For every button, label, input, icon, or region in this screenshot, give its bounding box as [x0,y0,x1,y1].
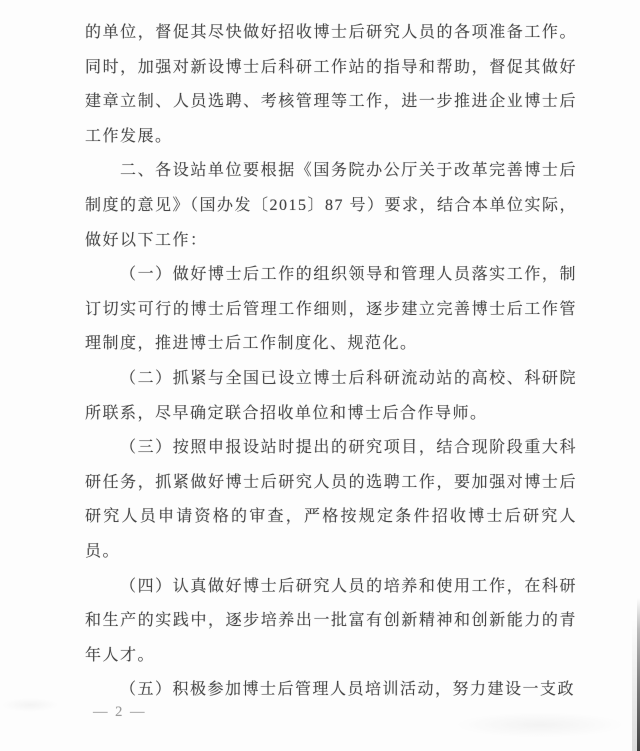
document-text-block: 的单位，督促其尽快做好招收博士后研究人员的各项准备工作。同时，加强对新设博士后科… [85,16,577,708]
paragraph-item-4: （四）认真做好博士后研究人员的培养和使用工作，在科研和生产的实践中，逐步培养出一… [85,570,577,674]
paragraph-item-2: （二）抓紧与全国已设立博士后科研流动站的高校、科研院所联系，尽早确定联合招收单位… [85,362,577,431]
paragraph-item-1: （一）做好博士后工作的组织领导和管理人员落实工作，制订切实可行的博士后管理工作细… [85,258,577,362]
paragraph-continuation: 的单位，督促其尽快做好招收博士后研究人员的各项准备工作。同时，加强对新设博士后科… [85,16,577,154]
paragraph-item-5: （五）积极参加博士后管理人员培训活动，努力建设一支政 [85,673,577,708]
paragraph-item-3: （三）按照申报设站时提出的研究项目，结合现阶段重大科研任务，抓紧做好博士后研究人… [85,431,577,569]
scanned-document-page: { "colors": { "page_background": "#fdfdf… [0,0,640,751]
paragraph-section-2: 二、各设站单位要根据《国务院办公厅关于改革完善博士后制度的意见》（国办发〔201… [85,154,577,258]
page-number: — 2 — [93,704,147,721]
